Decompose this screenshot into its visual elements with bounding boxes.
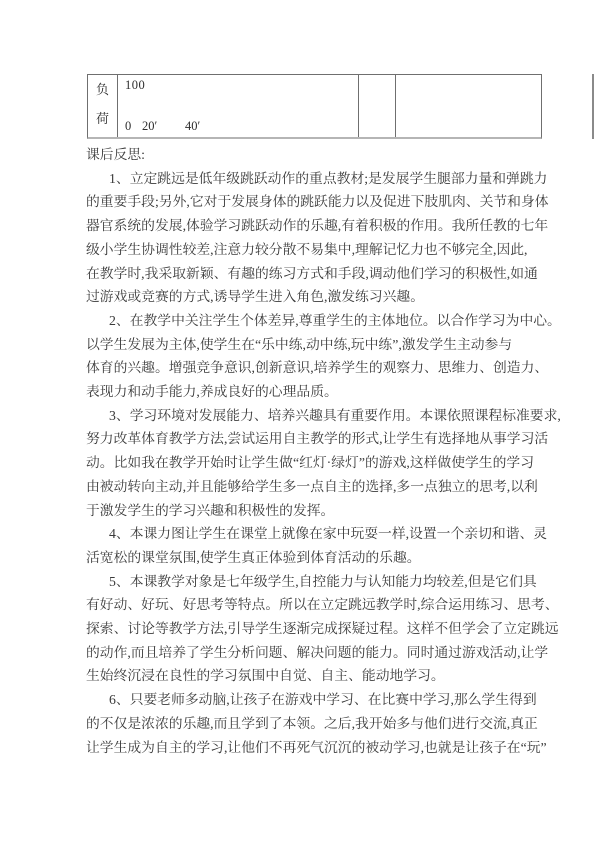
load-table: 负 荷 100 0 20′ 40′ (87, 74, 542, 139)
table-cutoff-border (592, 74, 594, 139)
reflection-line: 探索、讨论等教学方法,引导学生逐渐完成探疑过程。这样不但学会了立定跳远 (86, 617, 510, 641)
reflection-line: 动。比如我在教学开始时让学生做“红灯·绿灯”的游戏,这样做使学生的学习 (86, 451, 510, 475)
reflection-section: 课后反思: 1、立定跳远是低年级跳跃动作的重点教材;是发展学生腿部力量和弹跳力的… (86, 143, 510, 759)
reflection-line: 在教学时,我采取新颖、有趣的练习方式和手段,调动他们学习的积极性,如通 (86, 262, 510, 286)
load-x-tick-40: 40′ (185, 119, 200, 134)
reflection-line: 活宽松的课堂氛围,使学生真正体验到体育活动的乐趣。 (86, 546, 510, 570)
reflection-line: 2、在教学中关注学生个体差异,尊重学生的主体地位。以合作学习为中心。 (86, 309, 510, 333)
reflection-line: 努力改革体育教学方法,尝试运用自主教学的形式,让学生有选择地从事学习活 (86, 427, 510, 451)
reflection-line: 表现力和动手能力,养成良好的心理品质。 (86, 380, 510, 404)
load-empty-cell-narrow (359, 75, 396, 137)
reflection-line: 有好动、好玩、好思考等特点。所以在立定跳远教学时,综合运用练习、思考、 (86, 593, 510, 617)
reflection-heading: 课后反思: (86, 143, 510, 167)
load-axis-cell: 100 0 20′ 40′ (118, 75, 359, 137)
reflection-line: 器官系统的发展,体验学习跳跃动作的乐趣,有着积极的作用。我所任教的七年 (86, 214, 510, 238)
load-y-max-value: 100 (125, 78, 145, 93)
reflection-line: 体育的兴趣。增强竞争意识,创新意识,培养学生的观察力、思维力、创造力、 (86, 356, 510, 380)
reflection-line: 于激发学生的学习兴趣和积极性的发挥。 (86, 499, 510, 523)
reflection-line: 的不仅是浓浓的乐趣,而且学到了本领。之后,我开始多与他们进行交流,真正 (86, 712, 510, 736)
reflection-line: 的重要手段;另外,它对于发展身体的跳跃能力以及促进下肢肌肉、关节和身体 (86, 190, 510, 214)
reflection-line: 让学生成为自主的学习,让他们不再死气沉沉的被动学习,也就是让孩子在“玩” (86, 736, 510, 760)
load-row-label-cell: 负 荷 (88, 75, 118, 137)
reflection-lines: 1、立定跳远是低年级跳跃动作的重点教材;是发展学生腿部力量和弹跳力的重要手段;另… (86, 167, 510, 760)
load-label-char-top: 负 (96, 79, 109, 98)
reflection-line: 4、本课力图让学生在课堂上就像在家中玩耍一样,设置一个亲切和谐、灵 (86, 522, 510, 546)
reflection-line: 1、立定跳远是低年级跳跃动作的重点教材;是发展学生腿部力量和弹跳力 (86, 167, 510, 191)
reflection-line: 3、学习环境对发展能力、培养兴趣具有重要作用。本课依照课程标准要求, (86, 404, 510, 428)
reflection-line: 级小学生协调性较差,注意力较分散不易集中,理解记忆力也不够完全,因此, (86, 238, 510, 262)
load-x-tick-0: 0 (125, 119, 131, 134)
document-page: 负 荷 100 0 20′ 40′ 课后反思: 1、立定跳远是低年级跳跃动作的重… (0, 0, 595, 842)
load-x-tick-20: 20′ (142, 119, 157, 134)
reflection-line: 以学生发展为主体,使学生在“乐中练,动中练,玩中练”,激发学生主动参与 (86, 333, 510, 357)
load-label-char-bottom: 荷 (96, 108, 109, 127)
reflection-line: 5、本课教学对象是七年级学生,自控能力与认知能力均较差,但是它们具 (86, 570, 510, 594)
reflection-line: 过游戏或竞赛的方式,诱导学生进入角色,激发练习兴趣。 (86, 285, 510, 309)
load-empty-cell-wide (396, 75, 541, 137)
reflection-line: 的动作,而且培养了学生分析问题、解决问题的能力。同时通过游戏活动,让学 (86, 641, 510, 665)
reflection-line: 由被动转向主动,并且能够给学生多一点自主的选择,多一点独立的思考,以利 (86, 475, 510, 499)
reflection-line: 生始终沉浸在良性的学习氛围中自觉、自主、能动地学习。 (86, 664, 510, 688)
reflection-line: 6、只要老师多动脑,让孩子在游戏中学习、在比赛中学习,那么学生得到 (86, 688, 510, 712)
